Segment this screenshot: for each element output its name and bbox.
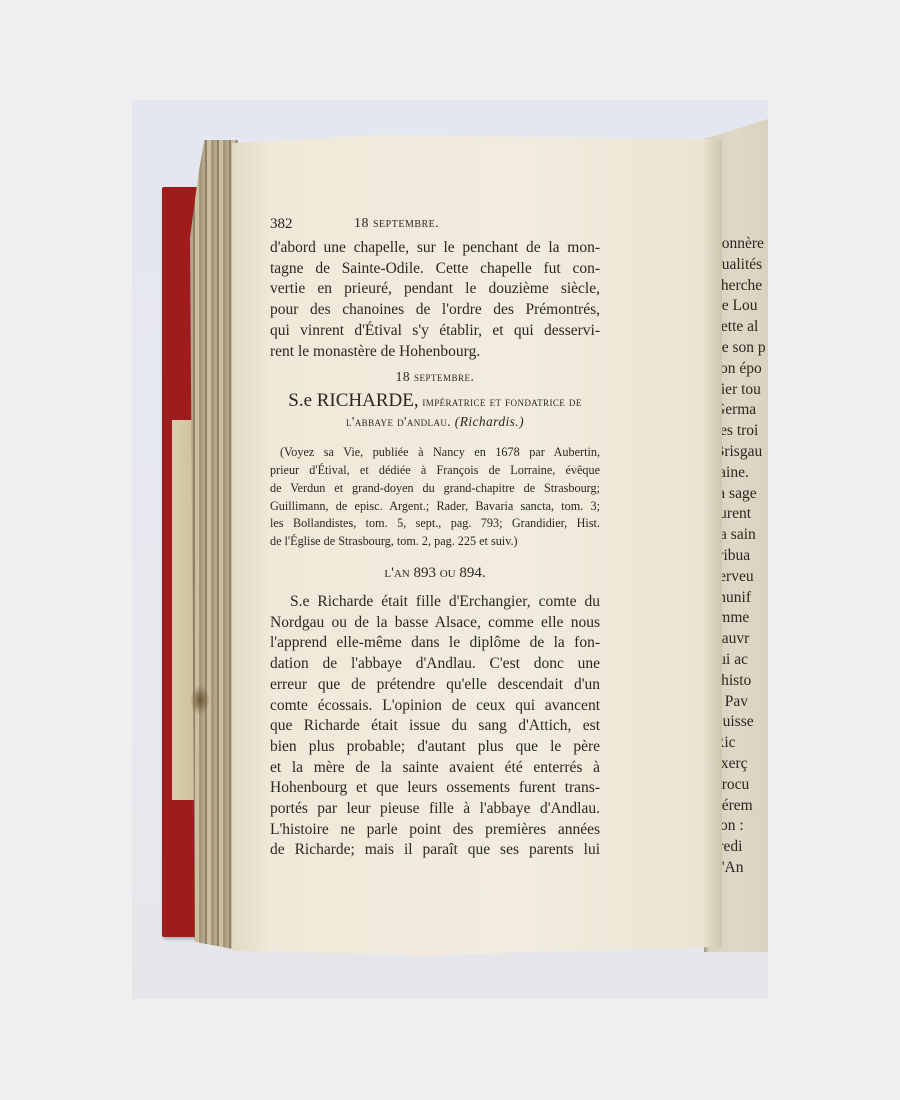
text-fragment: cier tou <box>714 380 768 401</box>
text-line: qui vinrent d'Étival s'y établir, et qui… <box>270 321 600 342</box>
text-fragment: lui ac <box>714 650 768 671</box>
text-fragment: son épo <box>714 359 768 380</box>
text-fragment: tredi <box>714 837 768 858</box>
date-heading: 18 septembre. <box>270 369 600 385</box>
text-fragment: ses troi <box>714 421 768 442</box>
reference-note: (Voyez sa Vie, publiée à Nancy en 1678 p… <box>270 444 600 551</box>
saint-latin-name: (Richardis.) <box>455 414 524 429</box>
text-line: de Verdun et grand-doyen du grand-chapit… <box>270 480 600 498</box>
text-line: les Bollandistes, tom. 5, sept., pag. 79… <box>270 515 600 533</box>
text-fragment: Germa <box>714 400 768 421</box>
saint-name: S.e RICHARDE, <box>288 390 418 411</box>
right-page-text: donnèrequalitéscherchede Loucette alde s… <box>714 234 768 879</box>
text-line: tagne de Sainte-Odile. Cette chapelle fu… <box>270 259 600 280</box>
text-fragment: cherche <box>714 276 768 297</box>
text-line: prieur d'Étival, et dédiée à François de… <box>270 462 600 480</box>
text-fragment: procu <box>714 775 768 796</box>
text-line: Hohenbourg et que leurs ossements furent… <box>270 778 600 799</box>
text-fragment: tribua <box>714 546 768 567</box>
saint-title: S.e RICHARDE, impératrice et fondatrice … <box>270 391 600 432</box>
text-line: de Richarde; mais il paraît que ses pare… <box>270 840 600 861</box>
text-line: que Richarde était issue du sang d'Attic… <box>270 716 600 737</box>
text-line: Guillimann, de episc. Argent.; Rader, Ba… <box>270 498 600 516</box>
book-photo: donnèrequalitéscherchede Loucette alde s… <box>132 100 768 999</box>
text-line: dation de l'abbaye d'Andlau. C'est donc … <box>270 654 600 675</box>
page-header: 382 18 septembre. <box>270 216 600 238</box>
text-line: d'abord une chapelle, sur le penchant de… <box>270 238 600 259</box>
text-line: Nordgau ou de la basse Alsace, comme ell… <box>270 613 600 634</box>
text-line: comte écossais. L'opinion de ceux qui av… <box>270 696 600 717</box>
text-fragment: la sage <box>714 484 768 505</box>
text-fragment: de Lou <box>714 296 768 317</box>
saint-title-line2: l'abbaye d'andlau. <box>346 414 451 429</box>
text-line: S.e Richarde était fille d'Erchangier, c… <box>270 592 600 613</box>
text-line: bien plus probable; d'autant plus que le… <box>270 737 600 758</box>
text-fragment: ferveu <box>714 567 768 588</box>
text-fragment: raine. <box>714 463 768 484</box>
text-fragment: qualités <box>714 255 768 276</box>
text-fragment: exerç <box>714 754 768 775</box>
text-fragment: pauvr <box>714 629 768 650</box>
text-fragment: de son p <box>714 338 768 359</box>
text-fragment: donnère <box>714 234 768 255</box>
text-line: L'histoire ne parle point des premières … <box>270 820 600 841</box>
text-fragment: pérem <box>714 796 768 817</box>
text-fragment: l'histo <box>714 671 768 692</box>
year-heading: l'an 893 ou 894. <box>270 565 600 582</box>
text-line: l'apprend elle-même dans le diplôme de l… <box>270 633 600 654</box>
body-paragraph: S.e Richarde était fille d'Erchangier, c… <box>270 592 600 861</box>
text-line: portés par leur pieuse fille à l'abbaye … <box>270 799 600 820</box>
text-line: pour des chanoines de l'ordre des Prémon… <box>270 300 600 321</box>
running-head: 18 septembre. <box>354 216 439 232</box>
text-fragment: à Pav <box>714 692 768 713</box>
text-fragment: cette al <box>714 317 768 338</box>
text-fragment: Suisse <box>714 712 768 733</box>
text-fragment: son : <box>714 816 768 837</box>
saint-title-line1: impératrice et fondatrice de <box>422 394 581 409</box>
text-fragment: sa sain <box>714 525 768 546</box>
text-fragment: d'An <box>714 858 768 879</box>
text-fragment: munif <box>714 588 768 609</box>
text-line: et la mère de la sainte avaient été ente… <box>270 758 600 779</box>
page-number: 382 <box>270 216 293 233</box>
left-page-content: 382 18 septembre. d'abord une chapelle, … <box>270 108 600 861</box>
page-block-edges <box>190 140 238 950</box>
text-line: vertie en prieuré, pendant le douzième s… <box>270 279 600 300</box>
intro-paragraph: d'abord une chapelle, sur le penchant de… <box>270 238 600 362</box>
page-edge-stain <box>190 685 210 715</box>
text-line: rent le monastère de Hohenbourg. <box>270 342 600 363</box>
text-fragment: Brisgau <box>714 442 768 463</box>
text-line: (Voyez sa Vie, publiée à Nancy en 1678 p… <box>270 444 600 462</box>
text-line: de l'Église de Strasbourg, tom. 2, pag. … <box>270 533 600 551</box>
text-fragment: Ric <box>714 733 768 754</box>
text-fragment: imme <box>714 608 768 629</box>
text-line: erreur que de prétendre qu'elle descenda… <box>270 675 600 696</box>
text-fragment: furent <box>714 504 768 525</box>
